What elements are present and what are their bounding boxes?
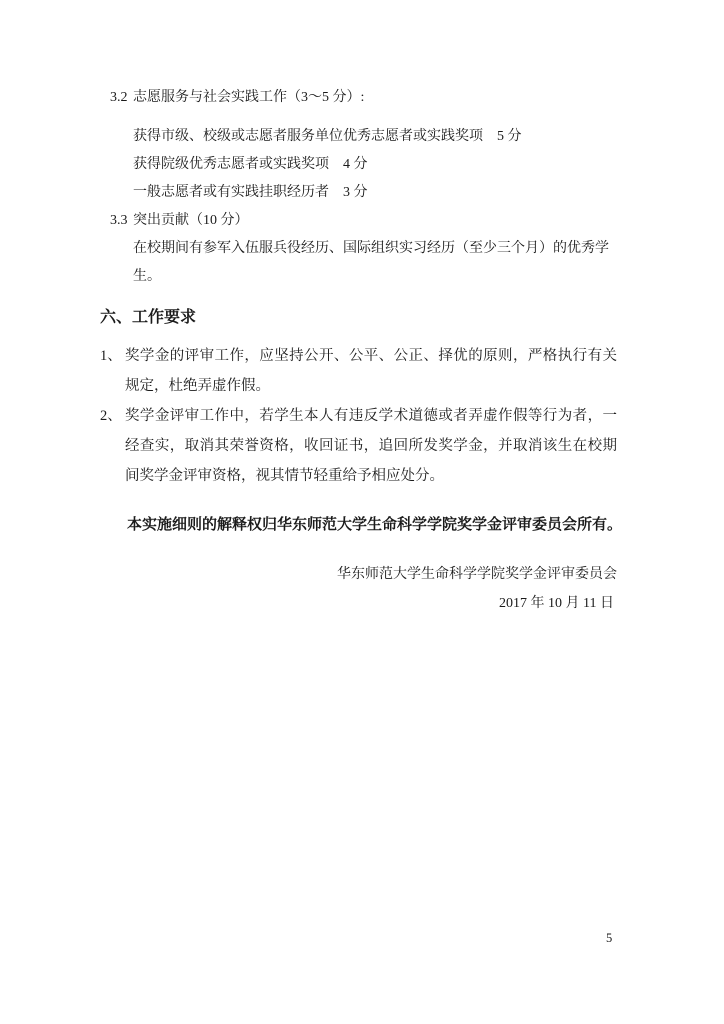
clause-3-3-heading: 3.3 突出贡献（10 分） <box>110 207 617 235</box>
clause-number: 3.3 <box>110 207 133 235</box>
clause-3-3-description: 在校期间有参军入伍服兵役经历、国际组织实习经历（至少三个月）的优秀学生。 <box>133 235 617 291</box>
item-text: 奖学金的评审工作，应坚持公开、公平、公正、择优的原则，严格执行有关规定，杜绝弄虚… <box>125 341 617 401</box>
item-number: 1、 <box>100 341 125 401</box>
item-number: 2、 <box>100 401 125 491</box>
document-date: 2017 年 10 月 11 日 <box>100 594 617 614</box>
document-page: 3.2 志愿服务与社会实践工作（3～5 分）: 获得市级、校级或志愿者服务单位优… <box>0 0 724 1024</box>
clause-number: 3.2 <box>110 84 133 112</box>
committee-signature: 华东师范大学生命科学学院奖学金评审委员会 <box>100 565 617 585</box>
score-entry-city-level: 获得市级、校级或志愿者服务单位优秀志愿者或实践奖项 5 分 <box>133 123 617 151</box>
clause-title: 突出贡献（10 分） <box>133 207 617 235</box>
document-content: 3.2 志愿服务与社会实践工作（3～5 分）: 获得市级、校级或志愿者服务单位优… <box>100 84 617 614</box>
score-entry-general: 一般志愿者或有实践挂职经历者 3 分 <box>133 179 617 207</box>
score-entry-school-level: 获得院级优秀志愿者或实践奖项 4 分 <box>133 151 617 179</box>
requirement-item-1: 1、 奖学金的评审工作，应坚持公开、公平、公正、择优的原则，严格执行有关规定，杜… <box>100 341 617 401</box>
requirement-item-2: 2、 奖学金评审工作中，若学生本人有违反学术道德或者弄虚作假等行为者，一经查实，… <box>100 401 617 491</box>
clause-3-2-heading: 3.2 志愿服务与社会实践工作（3～5 分）: <box>110 84 617 112</box>
page-number: 5 <box>606 930 612 946</box>
clause-title: 志愿服务与社会实践工作（3～5 分）: <box>133 84 617 112</box>
section-six-heading: 六、工作要求 <box>100 303 617 333</box>
interpretation-statement: 本实施细则的解释权归华东师范大学生命科学学院奖学金评审委员会所有。 <box>127 515 617 535</box>
item-text: 奖学金评审工作中，若学生本人有违反学术道德或者弄虚作假等行为者，一经查实，取消其… <box>125 401 617 491</box>
